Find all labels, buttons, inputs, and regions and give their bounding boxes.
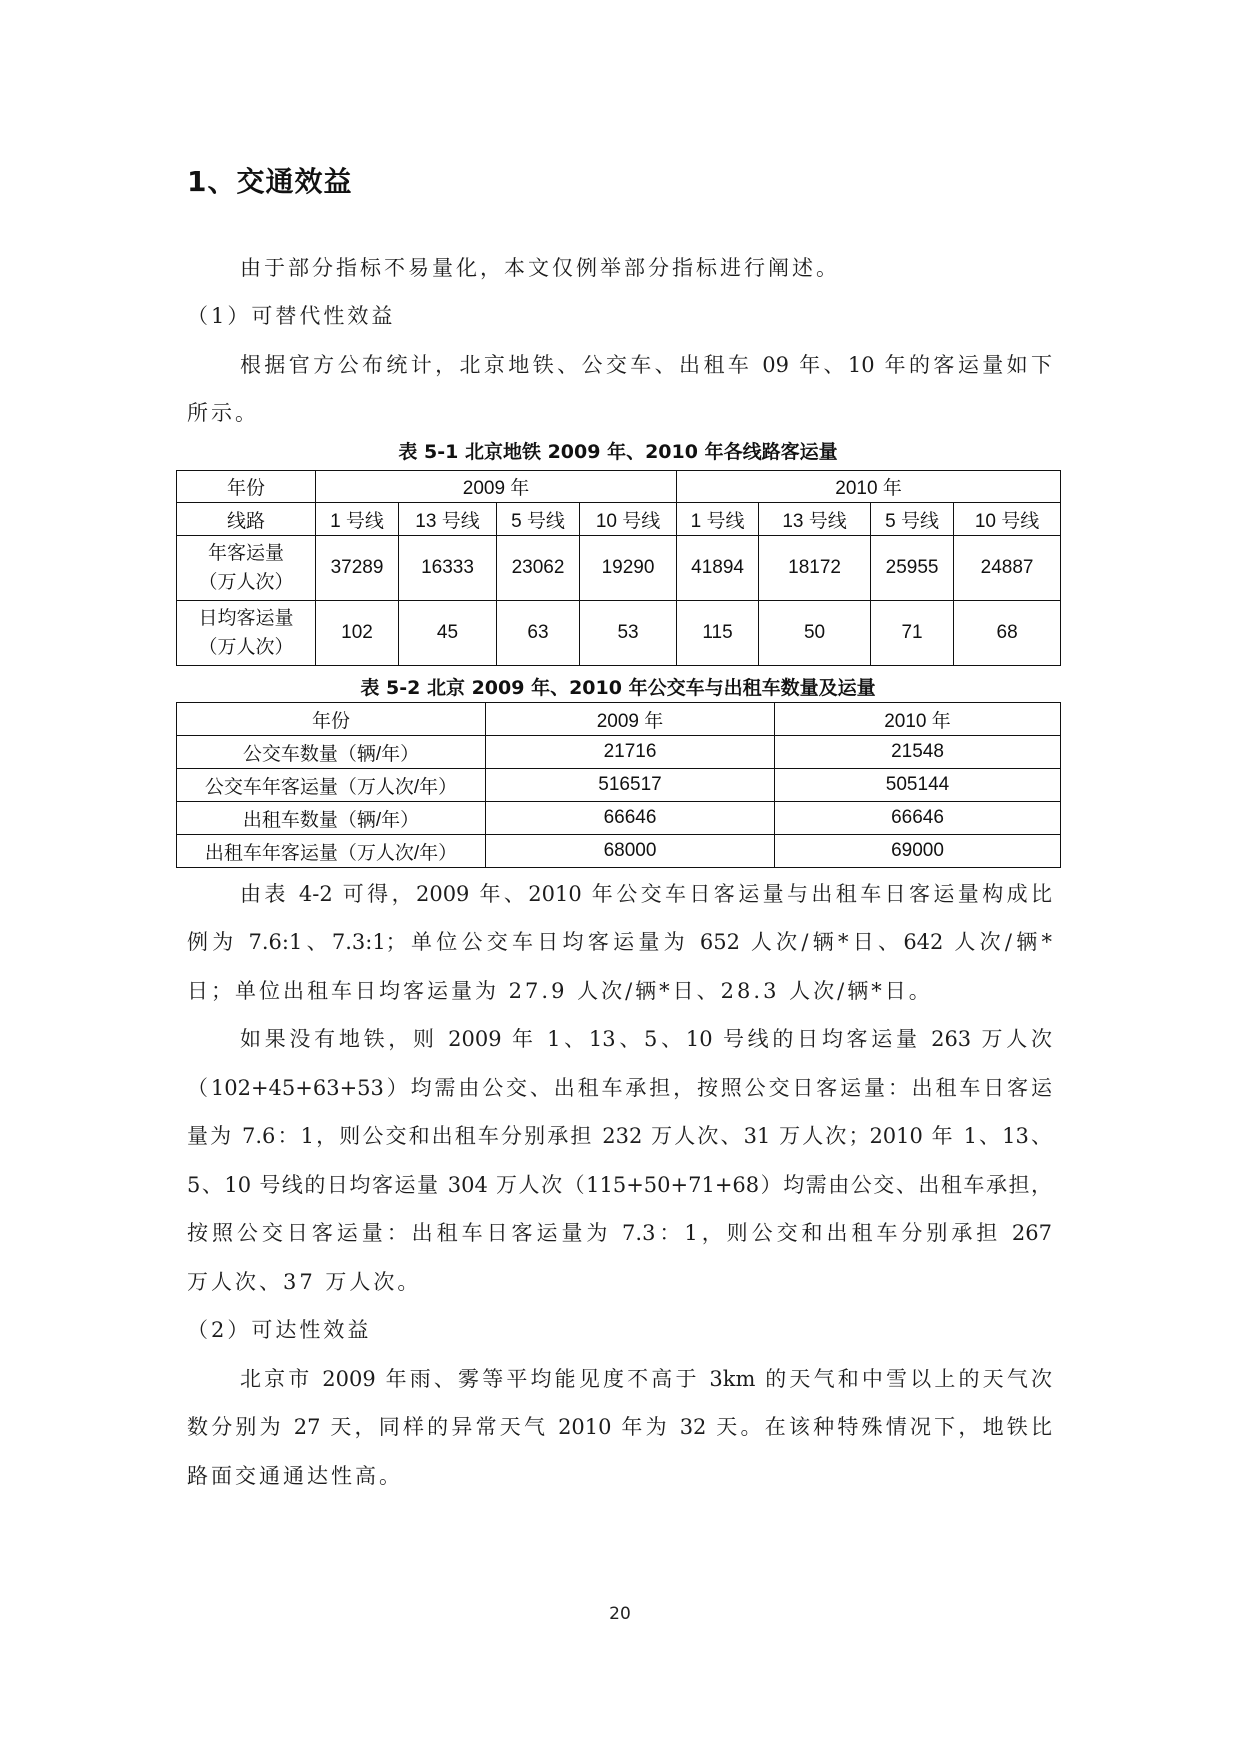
paragraph-line: 量为 7.6：1，则公交和出租车分别承担 232 万人次、31 万人次；2010… (187, 1112, 1052, 1160)
header-cell: 年份 (177, 703, 486, 736)
paragraph-line: 如果没有地铁，则 2009 年 1、13、5、10 号线的日均客运量 263 万… (240, 1015, 1052, 1063)
header-cell-line: 1 号线 (677, 503, 759, 536)
table-cell: 24887 (954, 536, 1061, 601)
table-row: 公交车年客运量（万人次/年） 516517 505144 (177, 769, 1061, 802)
header-cell-year: 2010 年 (677, 471, 1061, 503)
row-label: 出租车年客运量（万人次/年） (177, 835, 486, 868)
subway-ridership-table: 年份 2009 年 2010 年 线路 1 号线 13 号线 5 号线 10 号… (176, 470, 1061, 666)
row-label-unit: （万人次） (177, 633, 315, 662)
table-cell: 63 (497, 601, 580, 666)
paragraph-line: 日；单位出租车日均客运量为 27.9 人次/辆*日、28.3 人次/辆*日。 (187, 967, 1052, 1015)
row-label: 公交车数量（辆/年） (177, 736, 486, 769)
header-cell-line: 5 号线 (497, 503, 580, 536)
table-row: 年客运量 （万人次） 37289 16333 23062 19290 41894… (177, 536, 1061, 601)
row-label: 年客运量 （万人次） (177, 536, 316, 601)
header-cell-line: 1 号线 (316, 503, 399, 536)
table-cell: 23062 (497, 536, 580, 601)
table-cell: 45 (399, 601, 497, 666)
table-cell: 68 (954, 601, 1061, 666)
table-cell: 66646 (486, 802, 775, 835)
header-cell-year: 2009 年 (316, 471, 677, 503)
table-cell: 16333 (399, 536, 497, 601)
table-row: 日均客运量 （万人次） 102 45 63 53 115 50 71 68 (177, 601, 1061, 666)
paragraph-line: 数分别为 27 天，同样的异常天气 2010 年为 32 天。在该种特殊情况下，… (187, 1403, 1052, 1451)
table-cell: 37289 (316, 536, 399, 601)
table-cell: 505144 (775, 769, 1061, 802)
paragraph-line: 5、10 号线的日均客运量 304 万人次（115+50+71+68）均需由公交… (187, 1161, 1052, 1209)
header-cell-line: 5 号线 (871, 503, 954, 536)
paragraph-line: 根据官方公布统计，北京地铁、公交车、出租车 09 年、10 年的客运量如下 (240, 341, 1052, 389)
header-cell-line: 13 号线 (759, 503, 871, 536)
row-label-line: 年客运量 (177, 539, 315, 568)
table-cell: 115 (677, 601, 759, 666)
table-header-row: 年份 2009 年 2010 年 (177, 471, 1061, 503)
table-cell: 25955 (871, 536, 954, 601)
paragraph-line: 所示。 (187, 389, 1052, 437)
header-cell: 年份 (177, 471, 316, 503)
table-cell: 50 (759, 601, 871, 666)
table-header-row: 年份 2009 年 2010 年 (177, 703, 1061, 736)
table-cell: 68000 (486, 835, 775, 868)
paragraph-line: 北京市 2009 年雨、雾等平均能见度不高于 3km 的天气和中雪以上的天气次 (240, 1355, 1052, 1403)
subheading-substitution-benefit: （1）可替代性效益 (187, 292, 1052, 340)
row-label: 公交车年客运量（万人次/年） (177, 769, 486, 802)
table1-caption: 表 5-1 北京地铁 2009 年、2010 年各线路客运量 (176, 439, 1060, 465)
paragraph-line: 由表 4-2 可得，2009 年、2010 年公交车日客运量与出租车日客运量构成… (240, 870, 1052, 918)
subheading-accessibility-benefit: （2）可达性效益 (187, 1306, 1052, 1354)
table-row: 公交车数量（辆/年） 21716 21548 (177, 736, 1061, 769)
header-cell-line: 13 号线 (399, 503, 497, 536)
row-label-unit: （万人次） (177, 568, 315, 597)
table-row: 出租车数量（辆/年） 66646 66646 (177, 802, 1061, 835)
table2-caption: 表 5-2 北京 2009 年、2010 年公交车与出租车数量及运量 (176, 675, 1060, 701)
table-cell: 19290 (580, 536, 677, 601)
header-cell-line: 10 号线 (954, 503, 1061, 536)
row-label-line: 日均客运量 (177, 604, 315, 633)
header-cell: 线路 (177, 503, 316, 536)
table-cell: 516517 (486, 769, 775, 802)
page-number: 20 (0, 1603, 1240, 1625)
table-cell: 18172 (759, 536, 871, 601)
section-heading: 1、交通效益 (187, 166, 352, 198)
table-cell: 66646 (775, 802, 1061, 835)
table-cell: 53 (580, 601, 677, 666)
paragraph-line: 万人次、37 万人次。 (187, 1258, 1052, 1306)
intro-paragraph: 由于部分指标不易量化，本文仅例举部分指标进行阐述。 (240, 244, 1052, 292)
row-label: 出租车数量（辆/年） (177, 802, 486, 835)
row-label: 日均客运量 （万人次） (177, 601, 316, 666)
paragraph-line: 按照公交日客运量：出租车日客运量为 7.3：1，则公交和出租车分别承担 267 (187, 1209, 1052, 1257)
document-page: 1、交通效益 由于部分指标不易量化，本文仅例举部分指标进行阐述。 （1）可替代性… (0, 0, 1240, 1754)
paragraph-line: （102+45+63+53）均需由公交、出租车承担，按照公交日客运量：出租车日客… (187, 1064, 1052, 1112)
header-cell-year: 2010 年 (775, 703, 1061, 736)
table-cell: 21548 (775, 736, 1061, 769)
paragraph-line: 例为 7.6:1、7.3:1；单位公交车日均客运量为 652 人次/辆*日、64… (187, 918, 1052, 966)
paragraph-line: 路面交通通达性高。 (187, 1452, 1052, 1500)
table-cell: 41894 (677, 536, 759, 601)
bus-taxi-table: 年份 2009 年 2010 年 公交车数量（辆/年） 21716 21548 … (176, 702, 1061, 868)
table-header-row: 线路 1 号线 13 号线 5 号线 10 号线 1 号线 13 号线 5 号线… (177, 503, 1061, 536)
header-cell-year: 2009 年 (486, 703, 775, 736)
table-cell: 71 (871, 601, 954, 666)
table-cell: 69000 (775, 835, 1061, 868)
table-cell: 21716 (486, 736, 775, 769)
header-cell-line: 10 号线 (580, 503, 677, 536)
table-cell: 102 (316, 601, 399, 666)
table-row: 出租车年客运量（万人次/年） 68000 69000 (177, 835, 1061, 868)
